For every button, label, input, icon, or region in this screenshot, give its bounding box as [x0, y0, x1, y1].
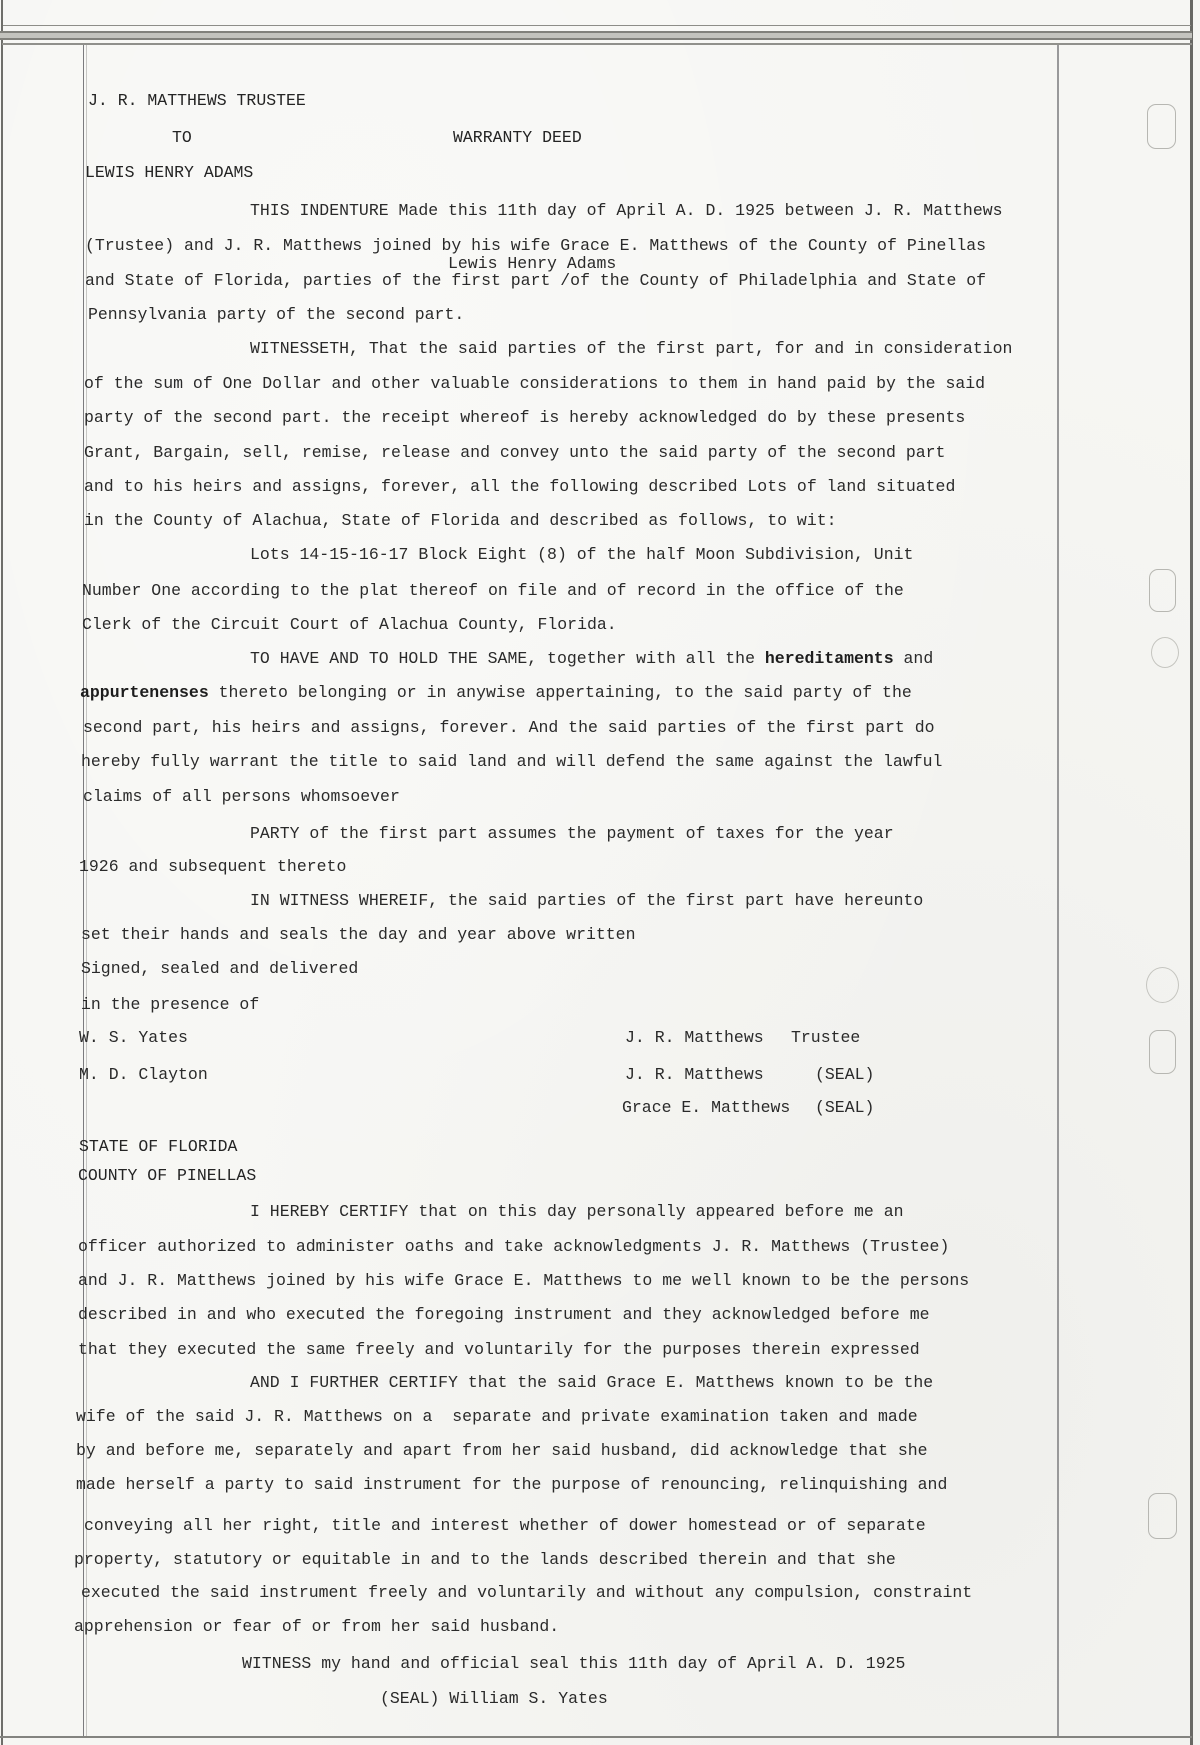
- body-line: Grant, Bargain, sell, remise, release an…: [84, 443, 945, 464]
- body-line: party of the second part. the receipt wh…: [84, 408, 965, 429]
- signature-name: J. R. Matthews: [625, 1065, 764, 1086]
- seal-label: (SEAL): [815, 1098, 874, 1119]
- habendum-text: TO HAVE AND TO HOLD THE SAME, together w…: [250, 649, 765, 668]
- caption-grantee: LEWIS HENRY ADAMS: [85, 163, 253, 184]
- ack-line: conveying all her right, title and inter…: [84, 1516, 926, 1537]
- ack-line: I HEREBY CERTIFY that on this day person…: [250, 1202, 904, 1223]
- habendum-text: and: [894, 649, 934, 668]
- right-margin-rule: [1057, 45, 1059, 1736]
- ack-line: executed the said instrument freely and …: [81, 1583, 972, 1604]
- caption-grantor: J. R. MATTHEWS TRUSTEE: [88, 91, 306, 112]
- punch-hole: [1149, 569, 1176, 612]
- notary-witness-line: WITNESS my hand and official seal this 1…: [242, 1654, 905, 1675]
- ack-line: AND I FURTHER CERTIFY that the said Grac…: [250, 1373, 933, 1394]
- ack-line: property, statutory or equitable in and …: [74, 1550, 896, 1571]
- taxes-line: PARTY of the first part assumes the paym…: [250, 824, 894, 845]
- body-line: in the County of Alachua, State of Flori…: [84, 511, 837, 532]
- body-line: of the sum of One Dollar and other valua…: [84, 374, 985, 395]
- ack-county: COUNTY OF PINELLAS: [78, 1166, 256, 1187]
- caption-to-label: TO: [172, 128, 192, 149]
- ack-line: and J. R. Matthews joined by his wife Gr…: [78, 1271, 969, 1292]
- page-edge-left: [1, 0, 3, 1745]
- witness-name: M. D. Clayton: [79, 1065, 208, 1086]
- habendum-line: second part, his heirs and assigns, fore…: [83, 718, 935, 739]
- ack-line: described in and who executed the forego…: [78, 1305, 930, 1326]
- body-line: Pennsylvania party of the second part.: [88, 305, 464, 326]
- ack-line: apprehension or fear of or from her said…: [74, 1617, 559, 1638]
- habendum-text: thereto belonging or in anywise appertai…: [209, 683, 912, 702]
- habendum-line: appurtenenses thereto belonging or in an…: [80, 683, 912, 704]
- taxes-line: 1926 and subsequent thereto: [79, 857, 346, 878]
- witness-name: W. S. Yates: [79, 1028, 188, 1049]
- legal-description-line: Lots 14-15-16-17 Block Eight (8) of the …: [250, 545, 913, 566]
- habendum-line: TO HAVE AND TO HOLD THE SAME, together w…: [250, 649, 933, 670]
- notary-signature: (SEAL) William S. Yates: [380, 1689, 608, 1710]
- page-top-rule: [3, 25, 1191, 26]
- body-line: and to his heirs and assigns, forever, a…: [84, 477, 955, 498]
- habendum-overtyped-word: hereditaments: [765, 649, 894, 668]
- punch-hole: [1151, 637, 1179, 668]
- seal-label: (SEAL): [815, 1065, 874, 1086]
- legal-description-line: Clerk of the Circuit Court of Alachua Co…: [82, 615, 617, 636]
- page-top-band: [0, 31, 1192, 40]
- page-bottom-rule: [0, 1736, 1192, 1738]
- body-line: THIS INDENTURE Made this 11th day of Apr…: [250, 201, 1003, 222]
- ack-line: that they executed the same freely and v…: [78, 1340, 920, 1361]
- page-top-rule-2: [2, 43, 1192, 45]
- ack-line: wife of the said J. R. Matthews on a sep…: [76, 1407, 918, 1428]
- signature-name: Grace E. Matthews: [622, 1098, 790, 1119]
- in-witness-line: set their hands and seals the day and ye…: [81, 925, 636, 946]
- punch-hole: [1146, 967, 1179, 1003]
- punch-hole: [1148, 1493, 1177, 1539]
- attestation-line: in the presence of: [81, 995, 259, 1016]
- habendum-overtyped-word: appurtenenses: [80, 683, 209, 702]
- signature-suffix: Trustee: [791, 1028, 860, 1049]
- ack-line: officer authorized to administer oaths a…: [78, 1237, 949, 1258]
- in-witness-line: IN WITNESS WHEREIF, the said parties of …: [250, 891, 923, 912]
- ack-state: STATE OF FLORIDA: [79, 1137, 237, 1158]
- body-line: and State of Florida, parties of the fir…: [85, 271, 986, 292]
- attestation-line: Signed, sealed and delivered: [81, 959, 358, 980]
- habendum-line: claims of all persons whomsoever: [83, 787, 400, 808]
- habendum-line: hereby fully warrant the title to said l…: [81, 752, 942, 773]
- ack-line: made herself a party to said instrument …: [76, 1475, 947, 1496]
- legal-description-line: Number One according to the plat thereof…: [82, 581, 904, 602]
- ack-line: by and before me, separately and apart f…: [76, 1441, 928, 1462]
- page-edge-right: [1190, 0, 1193, 1745]
- punch-hole: [1147, 104, 1176, 149]
- doc-title: WARRANTY DEED: [453, 128, 582, 149]
- punch-hole: [1149, 1030, 1176, 1074]
- deed-page: J. R. MATTHEWS TRUSTEE TO WARRANTY DEED …: [0, 0, 1200, 1745]
- signature-name: J. R. Matthews: [625, 1028, 764, 1049]
- body-line: WITNESSETH, That the said parties of the…: [250, 339, 1012, 360]
